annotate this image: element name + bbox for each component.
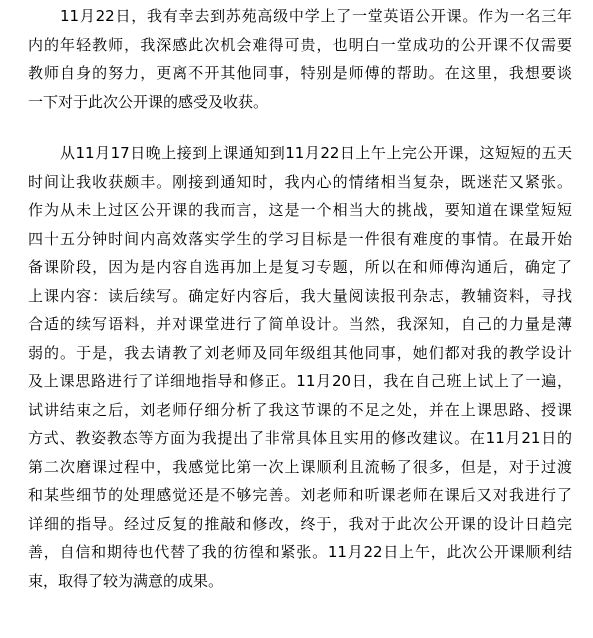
text-line: 弱的。于是，我去请教了刘老师及同年级组其他同事，她们都对我的教学设计 [28,339,572,368]
text-line: 一下对于此次公开课的感受及收获。 [28,88,572,117]
text-line: 束，取得了较为满意的成果。 [28,567,572,596]
paragraph-1: 11月22日，我有幸去到苏苑高级中学上了一堂英语公开课。作为一名三年 内的年轻教… [28,2,572,116]
text-line: 作为从未上过区公开课的我而言，这是一个相当大的挑战，要知道在课堂短短 [28,196,572,225]
text-line: 上课内容：读后续写。确定好内容后，我大量阅读报刊杂志，教辅资料，寻找 [28,282,572,311]
text-line: 11月22日，我有幸去到苏苑高级中学上了一堂英语公开课。作为一名三年 [28,2,572,31]
text-line: 和某些细节的处理感觉还是不够完善。刘老师和听课老师在课后又对我进行了 [28,481,572,510]
text-line: 四十五分钟时间内高效落实学生的学习目标是一件很有难度的事情。在最开始 [28,225,572,254]
text-line: 试讲结束之后，刘老师仔细分析了我这节课的不足之处，并在上课思路、授课 [28,396,572,425]
text-line: 善，自信和期待也代替了我的彷徨和紧张。11月22日上午，此次公开课顺利结 [28,538,572,567]
text-line: 内的年轻教师，我深感此次机会难得可贵，也明白一堂成功的公开课不仅需要 [28,31,572,60]
text-line: 详细的指导。经过反复的推敲和修改，终于，我对于此次公开课的设计日趋完 [28,510,572,539]
text-line: 备课阶段，因为是内容自选再加上是复习专题，所以在和师傅沟通后，确定了 [28,253,572,282]
paragraph-2: 从11月17日晚上接到上课通知到11月22日上午上完公开课，这短短的五天 时间让… [28,139,572,595]
text-line: 方式、教姿教态等方面为我提出了非常具体且实用的修改建议。在11月21日的 [28,424,572,453]
text-line: 第二次磨课过程中，我感觉比第一次上课顺利且流畅了很多，但是，对于过渡 [28,453,572,482]
text-line: 合适的续写语料，并对课堂进行了简单设计。当然，我深知，自己的力量是薄 [28,310,572,339]
text-line: 时间让我收获颇丰。刚接到通知时，我内心的情绪相当复杂，既迷茫又紧张。 [28,168,572,197]
text-line: 及上课思路进行了详细地指导和修正。11月20日，我在自己班上试上了一遍， [28,367,572,396]
text-line: 从11月17日晚上接到上课通知到11月22日上午上完公开课，这短短的五天 [28,139,572,168]
text-line: 教师自身的努力，更离不开其他同事，特别是师傅的帮助。在这里，我想要谈 [28,59,572,88]
